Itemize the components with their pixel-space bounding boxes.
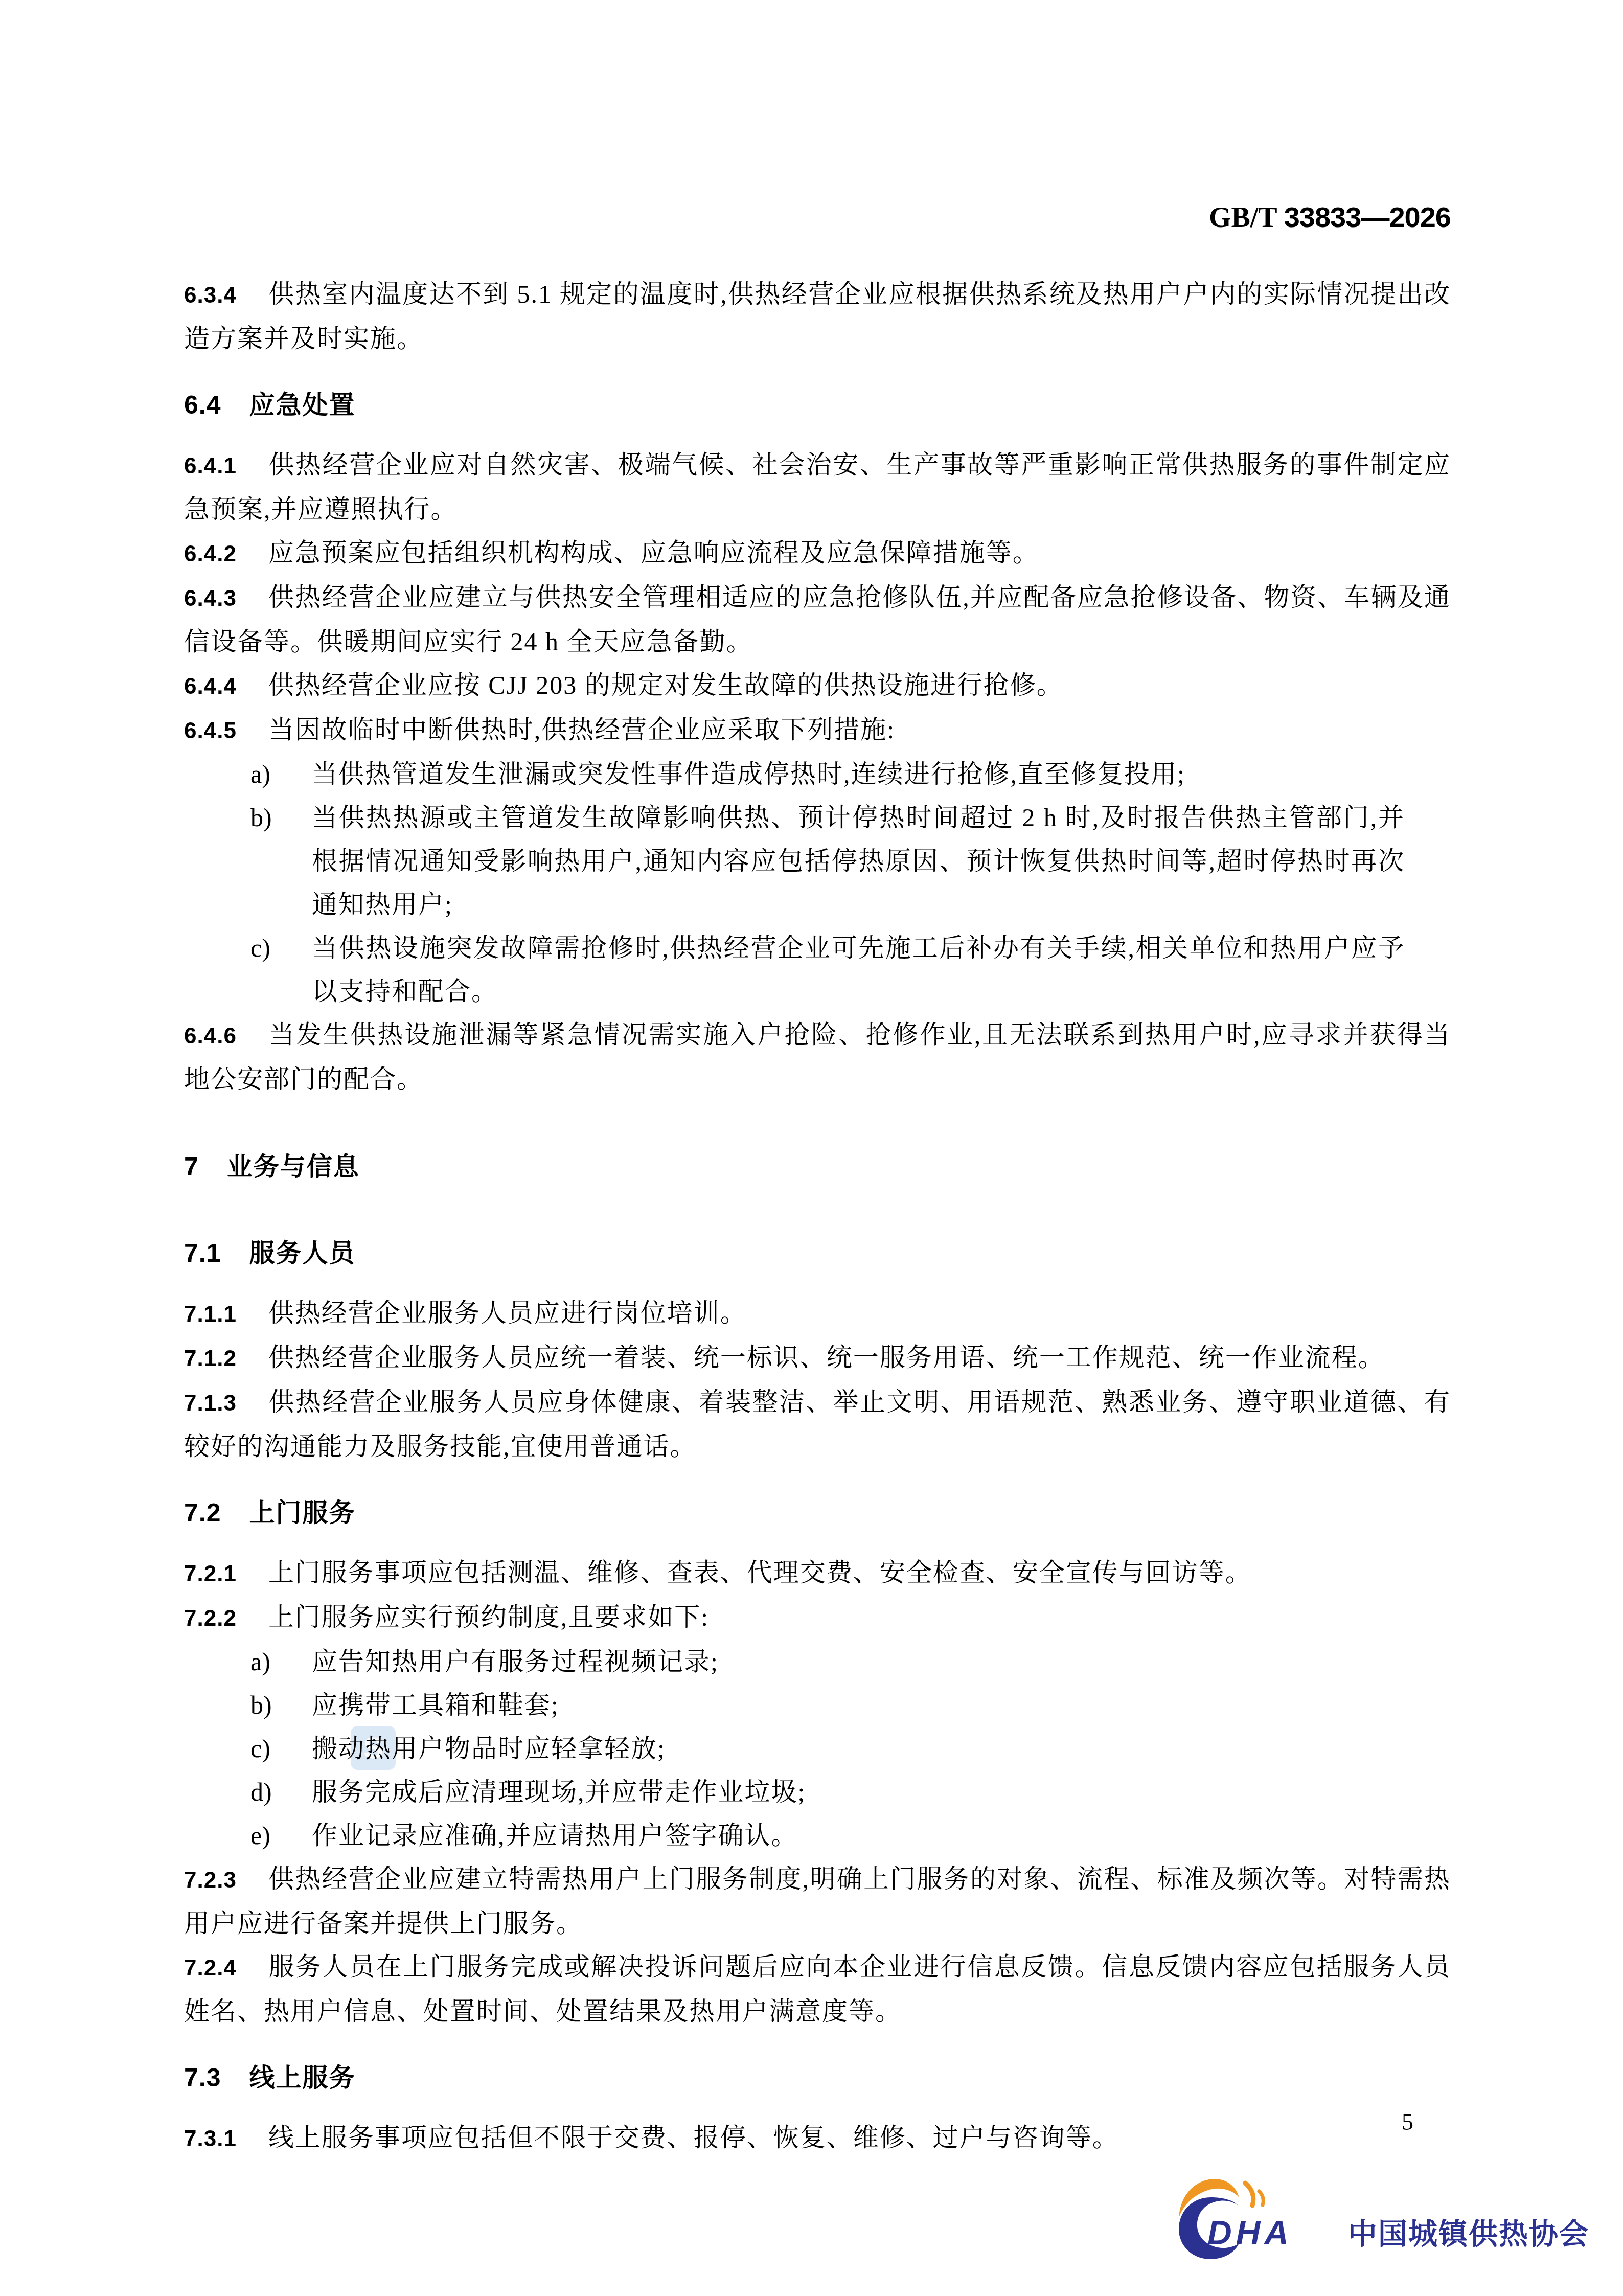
clause-6.4.3: 6.4.3供热经营企业应建立与供热安全管理相适应的应急抢修队伍,并应配备应急抢修… [184,576,1451,664]
clause-number: 7.1.1 [184,1302,237,1327]
clause-text: 供热室内温度达不到 5.1 规定的温度时,供热经营企业应根据供热系统及热用户户内… [184,280,1451,353]
list-item-text: 当供热管道发生泄漏或突发性事件造成停热时,连续进行抢修,直至修复投用; [312,760,1185,788]
clause-number: 6.4.5 [184,718,237,743]
heading-7: 7业务与信息 [184,1145,1451,1189]
clause-text: 上门服务事项应包括测温、维修、查表、代理交费、安全检查、安全宣传与回访等。 [268,1558,1252,1587]
heading-number: 7 [184,1152,199,1181]
clause-text: 供热经营企业服务人员应进行岗位培训。 [268,1299,747,1327]
heading-title: 上门服务 [249,1498,356,1527]
list-item-text: 应告知热用户有服务过程视频记录; [312,1647,719,1676]
clause-text: 供热经营企业应建立特需热用户上门服务制度,明确上门服务的对象、流程、标准及频次等… [184,1865,1451,1938]
list-item-marker: d) [250,1770,272,1814]
heading-7.1: 7.1服务人员 [184,1232,1451,1275]
list-item-marker: b) [250,796,272,839]
list-item-a: a)应告知热用户有服务过程视频记录; [184,1640,1451,1684]
list-item-marker: a) [250,753,270,796]
standard-code-number: 33833—2026 [1284,201,1451,233]
clause-number: 6.4.2 [184,541,237,566]
list-item-text: 当供热设施突发故障需抢修时,供热经营企业可先施工后补办有关手续,相关单位和热用户… [312,934,1405,1006]
list-item-b: b)应携带工具箱和鞋套; [184,1684,1451,1727]
list-item-text: 服务完成后应清理现场,并应带走作业垃圾; [312,1778,806,1806]
clause-6.4.5: 6.4.5当因故临时中断供热时,供热经营企业应采取下列措施: [184,708,1451,753]
list-item-e: e)作业记录应准确,并应请热用户签字确认。 [184,1814,1451,1857]
clause-text: 当因故临时中断供热时,供热经营企业应采取下列措施: [268,715,895,744]
heading-number: 7.1 [184,1239,221,1267]
list-item-marker: a) [250,1640,270,1684]
heading-title: 线上服务 [249,2063,356,2092]
clause-number: 6.4.3 [184,586,237,611]
clause-7.2.2: 7.2.2上门服务应实行预约制度,且要求如下: [184,1596,1451,1640]
clause-7.1.3: 7.1.3供热经营企业服务人员应身体健康、着装整洁、举止文明、用语规范、熟悉业务… [184,1380,1451,1468]
clause-text: 供热经营企业应建立与供热安全管理相适应的应急抢修队伍,并应配备应急抢修设备、物资… [184,583,1451,656]
document-page: GB/T 33833—2026 S 6.3.4供热室内温度达不到 5.1 规定的… [0,0,1623,2296]
clause-6.4.6: 6.4.6当发生供热设施泄漏等紧急情况需实施入户抢险、抢修作业,且无法联系到热用… [184,1013,1451,1101]
clause-7.2.3: 7.2.3供热经营企业应建立特需热用户上门服务制度,明确上门服务的对象、流程、标… [184,1857,1451,1945]
page-number: 5 [1402,2108,1413,2135]
page-header-standard-code: GB/T 33833—2026 [1209,200,1451,234]
clause-number: 6.3.4 [184,283,237,308]
clause-text: 应急预案应包括组织机构构成、应急响应流程及应急保障措施等。 [268,538,1039,567]
list-item-b: b)当供热热源或主管道发生故障影响供热、预计停热时间超过 2 h 时,及时报告供… [184,796,1451,926]
clause-7.3.1: 7.3.1线上服务事项应包括但不限于交费、报停、恢复、维修、过户与咨询等。 [184,2116,1451,2161]
list-item-marker: b) [250,1684,272,1727]
clause-7.2.1: 7.2.1上门服务事项应包括测温、维修、查表、代理交费、安全检查、安全宣传与回访… [184,1551,1451,1596]
heading-number: 6.4 [184,391,221,419]
cdha-association-logo: DHA 中国城镇供热协会 [1176,2176,1600,2268]
clause-number: 6.4.6 [184,1024,237,1049]
list-item-c: c)搬动热用户物品时应轻拿轻放; [184,1727,1451,1770]
clause-text: 当发生供热设施泄漏等紧急情况需实施入户抢险、抢修作业,且无法联系到热用户时,应寻… [184,1020,1451,1094]
heading-number: 7.2 [184,1498,221,1527]
clause-6.4.2: 6.4.2应急预案应包括组织机构构成、应急响应流程及应急保障措施等。 [184,531,1451,576]
list-item-text: 当供热热源或主管道发生故障影响供热、预计停热时间超过 2 h 时,及时报告供热主… [312,803,1405,919]
heading-7.3: 7.3线上服务 [184,2056,1451,2100]
clause-text: 线上服务事项应包括但不限于交费、报停、恢复、维修、过户与咨询等。 [268,2123,1119,2152]
list-item-marker: c) [250,926,270,970]
clause-text: 上门服务应实行预约制度,且要求如下: [268,1603,709,1631]
clause-number: 7.3.1 [184,2126,237,2151]
clause-text: 服务人员在上门服务完成或解决投诉问题后应向本企业进行信息反馈。信息反馈内容应包括… [184,1952,1451,2026]
list-item-marker: e) [250,1814,270,1857]
clause-7.1.1: 7.1.1供热经营企业服务人员应进行岗位培训。 [184,1291,1451,1336]
list-item-text: 应携带工具箱和鞋套; [312,1691,559,1719]
clause-number: 6.4.4 [184,674,237,699]
standard-code-prefix: GB/T [1209,202,1284,234]
clause-number: 7.1.2 [184,1346,237,1371]
clause-number: 7.2.1 [184,1561,237,1586]
document-body: 6.3.4供热室内温度达不到 5.1 规定的温度时,供热经营企业应根据供热系统及… [184,272,1451,2161]
list-item-d: d)服务完成后应清理现场,并应带走作业垃圾; [184,1770,1451,1814]
list-item-marker: c) [250,1727,270,1770]
list-item-a: a)当供热管道发生泄漏或突发性事件造成停热时,连续进行抢修,直至修复投用; [184,753,1451,796]
logo-acronym: DHA [1207,2214,1293,2252]
list-item-text: 作业记录应准确,并应请热用户签字确认。 [312,1821,798,1850]
clause-6.3.4: 6.3.4供热室内温度达不到 5.1 规定的温度时,供热经营企业应根据供热系统及… [184,272,1451,360]
heading-title: 服务人员 [249,1239,356,1267]
list-item-c: c)当供热设施突发故障需抢修时,供热经营企业可先施工后补办有关手续,相关单位和热… [184,926,1451,1013]
heading-number: 7.3 [184,2063,221,2092]
clause-6.4.4: 6.4.4供热经营企业应按 CJJ 203 的规定对发生故障的供热设施进行抢修。 [184,664,1451,708]
clause-text: 供热经营企业应对自然灾害、极端气候、社会治安、生产事故等严重影响正常供热服务的事… [184,450,1451,524]
clause-6.4.1: 6.4.1供热经营企业应对自然灾害、极端气候、社会治安、生产事故等严重影响正常供… [184,443,1451,531]
list-item-text: 搬动热用户物品时应轻拿轻放; [312,1734,666,1763]
clause-number: 7.2.2 [184,1606,237,1631]
clause-7.2.4: 7.2.4服务人员在上门服务完成或解决投诉问题后应向本企业进行信息反馈。信息反馈… [184,1945,1451,2033]
logo-org-name: 中国城镇供热协会 [1348,2218,1589,2250]
clause-text: 供热经营企业应按 CJJ 203 的规定对发生故障的供热设施进行抢修。 [268,671,1063,699]
heading-title: 应急处置 [249,391,356,419]
clause-number: 6.4.1 [184,453,237,479]
clause-7.1.2: 7.1.2供热经营企业服务人员应统一着装、统一标识、统一服务用语、统一工作规范、… [184,1336,1451,1380]
heading-7.2: 7.2上门服务 [184,1491,1451,1535]
clause-number: 7.2.4 [184,1956,237,1981]
clause-number: 7.1.3 [184,1391,237,1416]
clause-text: 供热经营企业服务人员应身体健康、着装整洁、举止文明、用语规范、熟悉业务、遵守职业… [184,1388,1451,1461]
clause-text: 供热经营企业服务人员应统一着装、统一标识、统一服务用语、统一工作规范、统一作业流… [268,1343,1385,1372]
clause-number: 7.2.3 [184,1868,237,1893]
heading-title: 业务与信息 [227,1152,360,1181]
heading-6.4: 6.4应急处置 [184,383,1451,427]
